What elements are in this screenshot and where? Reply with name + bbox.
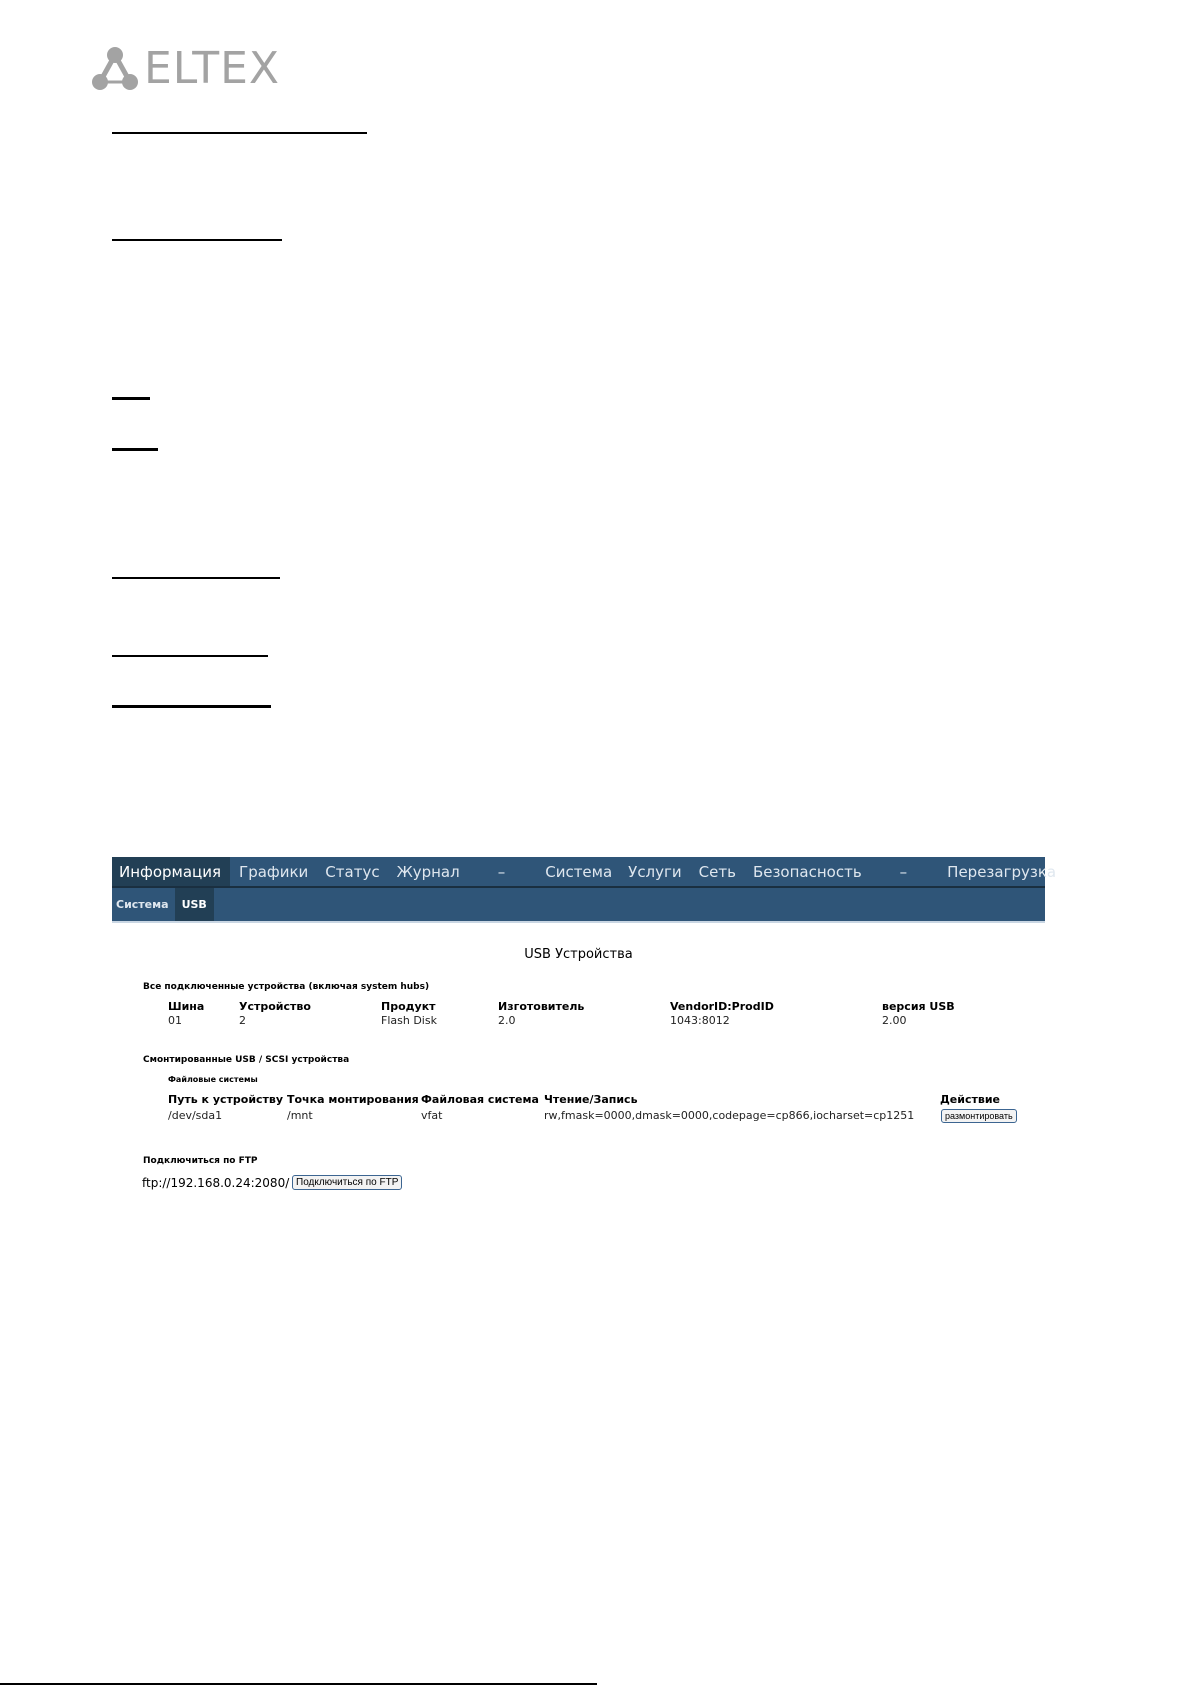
page-title: USB Устройства bbox=[112, 947, 1045, 962]
all-devices-title: Все подключенные устройства (включая sys… bbox=[143, 982, 429, 992]
heading-underline bbox=[112, 705, 271, 708]
col-header: Шина bbox=[168, 1000, 204, 1013]
heading-underline bbox=[112, 239, 282, 241]
heading-underline bbox=[112, 577, 280, 579]
col-header: Изготовитель bbox=[498, 1000, 584, 1013]
heading-underline bbox=[112, 448, 158, 451]
nav-separator: – bbox=[893, 857, 915, 886]
eltex-logo: ELTEX bbox=[92, 44, 280, 94]
eltex-logo-text: ELTEX bbox=[144, 47, 280, 91]
cell-device: 2 bbox=[239, 1014, 246, 1027]
cell-mount-point: /mnt bbox=[287, 1109, 313, 1122]
nav-system[interactable]: Система bbox=[538, 857, 619, 886]
sub-menu: Система USB bbox=[112, 888, 1045, 921]
nav-graphs[interactable]: Графики bbox=[232, 857, 315, 886]
ftp-title: Подключиться по FTP bbox=[143, 1156, 258, 1166]
nav-security[interactable]: Безопасность bbox=[746, 857, 869, 886]
unmount-button[interactable]: размонтировать bbox=[941, 1109, 1017, 1123]
nav-services[interactable]: Услуги bbox=[621, 857, 688, 886]
top-menu: Информация Графики Статус Журнал – Систе… bbox=[112, 857, 1045, 886]
nav-network[interactable]: Сеть bbox=[692, 857, 743, 886]
col-header: Продукт bbox=[381, 1000, 436, 1013]
nav-info[interactable]: Информация bbox=[112, 857, 230, 886]
col-header: Файловая система bbox=[421, 1093, 539, 1106]
cell-usb-version: 2.00 bbox=[882, 1014, 907, 1027]
ftp-url: ftp://192.168.0.24:2080/ bbox=[142, 1176, 289, 1190]
connect-ftp-button[interactable]: Подключиться по FTP bbox=[292, 1175, 402, 1190]
eltex-logo-icon bbox=[92, 46, 138, 92]
navbar-bottom-border bbox=[112, 921, 1045, 923]
col-header: Точка монтирования bbox=[287, 1093, 419, 1106]
heading-underline bbox=[112, 132, 367, 134]
nav-separator: – bbox=[491, 857, 513, 886]
col-header: Чтение/Запись bbox=[544, 1093, 638, 1106]
mounted-devices-title: Смонтированные USB / SCSI устройства bbox=[143, 1055, 349, 1065]
subnav-system[interactable]: Система bbox=[112, 888, 175, 921]
cell-manufacturer: 2.0 bbox=[498, 1014, 516, 1027]
nav-reboot[interactable]: Перезагрузка bbox=[940, 857, 1063, 886]
col-header: Устройство bbox=[239, 1000, 311, 1013]
cell-bus: 01 bbox=[168, 1014, 182, 1027]
cell-vendor-prod-id: 1043:8012 bbox=[670, 1014, 730, 1027]
cell-device-path: /dev/sda1 bbox=[168, 1109, 222, 1122]
cell-filesystem: vfat bbox=[421, 1109, 442, 1122]
heading-underline bbox=[112, 655, 268, 657]
subnav-usb[interactable]: USB bbox=[175, 888, 214, 921]
filesystems-title: Файловые системы bbox=[168, 1075, 258, 1084]
heading-underline bbox=[112, 397, 150, 400]
col-header: Действие bbox=[940, 1093, 1000, 1106]
cell-product: Flash Disk bbox=[381, 1014, 437, 1027]
col-header: версия USB bbox=[882, 1000, 955, 1013]
nav-log[interactable]: Журнал bbox=[390, 857, 467, 886]
col-header: Путь к устройству bbox=[168, 1093, 283, 1106]
nav-status[interactable]: Статус bbox=[318, 857, 386, 886]
main-navbar: Информация Графики Статус Журнал – Систе… bbox=[112, 857, 1045, 921]
col-header: VendorID:ProdID bbox=[670, 1000, 774, 1013]
cell-read-write: rw,fmask=0000,dmask=0000,codepage=cp866,… bbox=[544, 1109, 914, 1122]
